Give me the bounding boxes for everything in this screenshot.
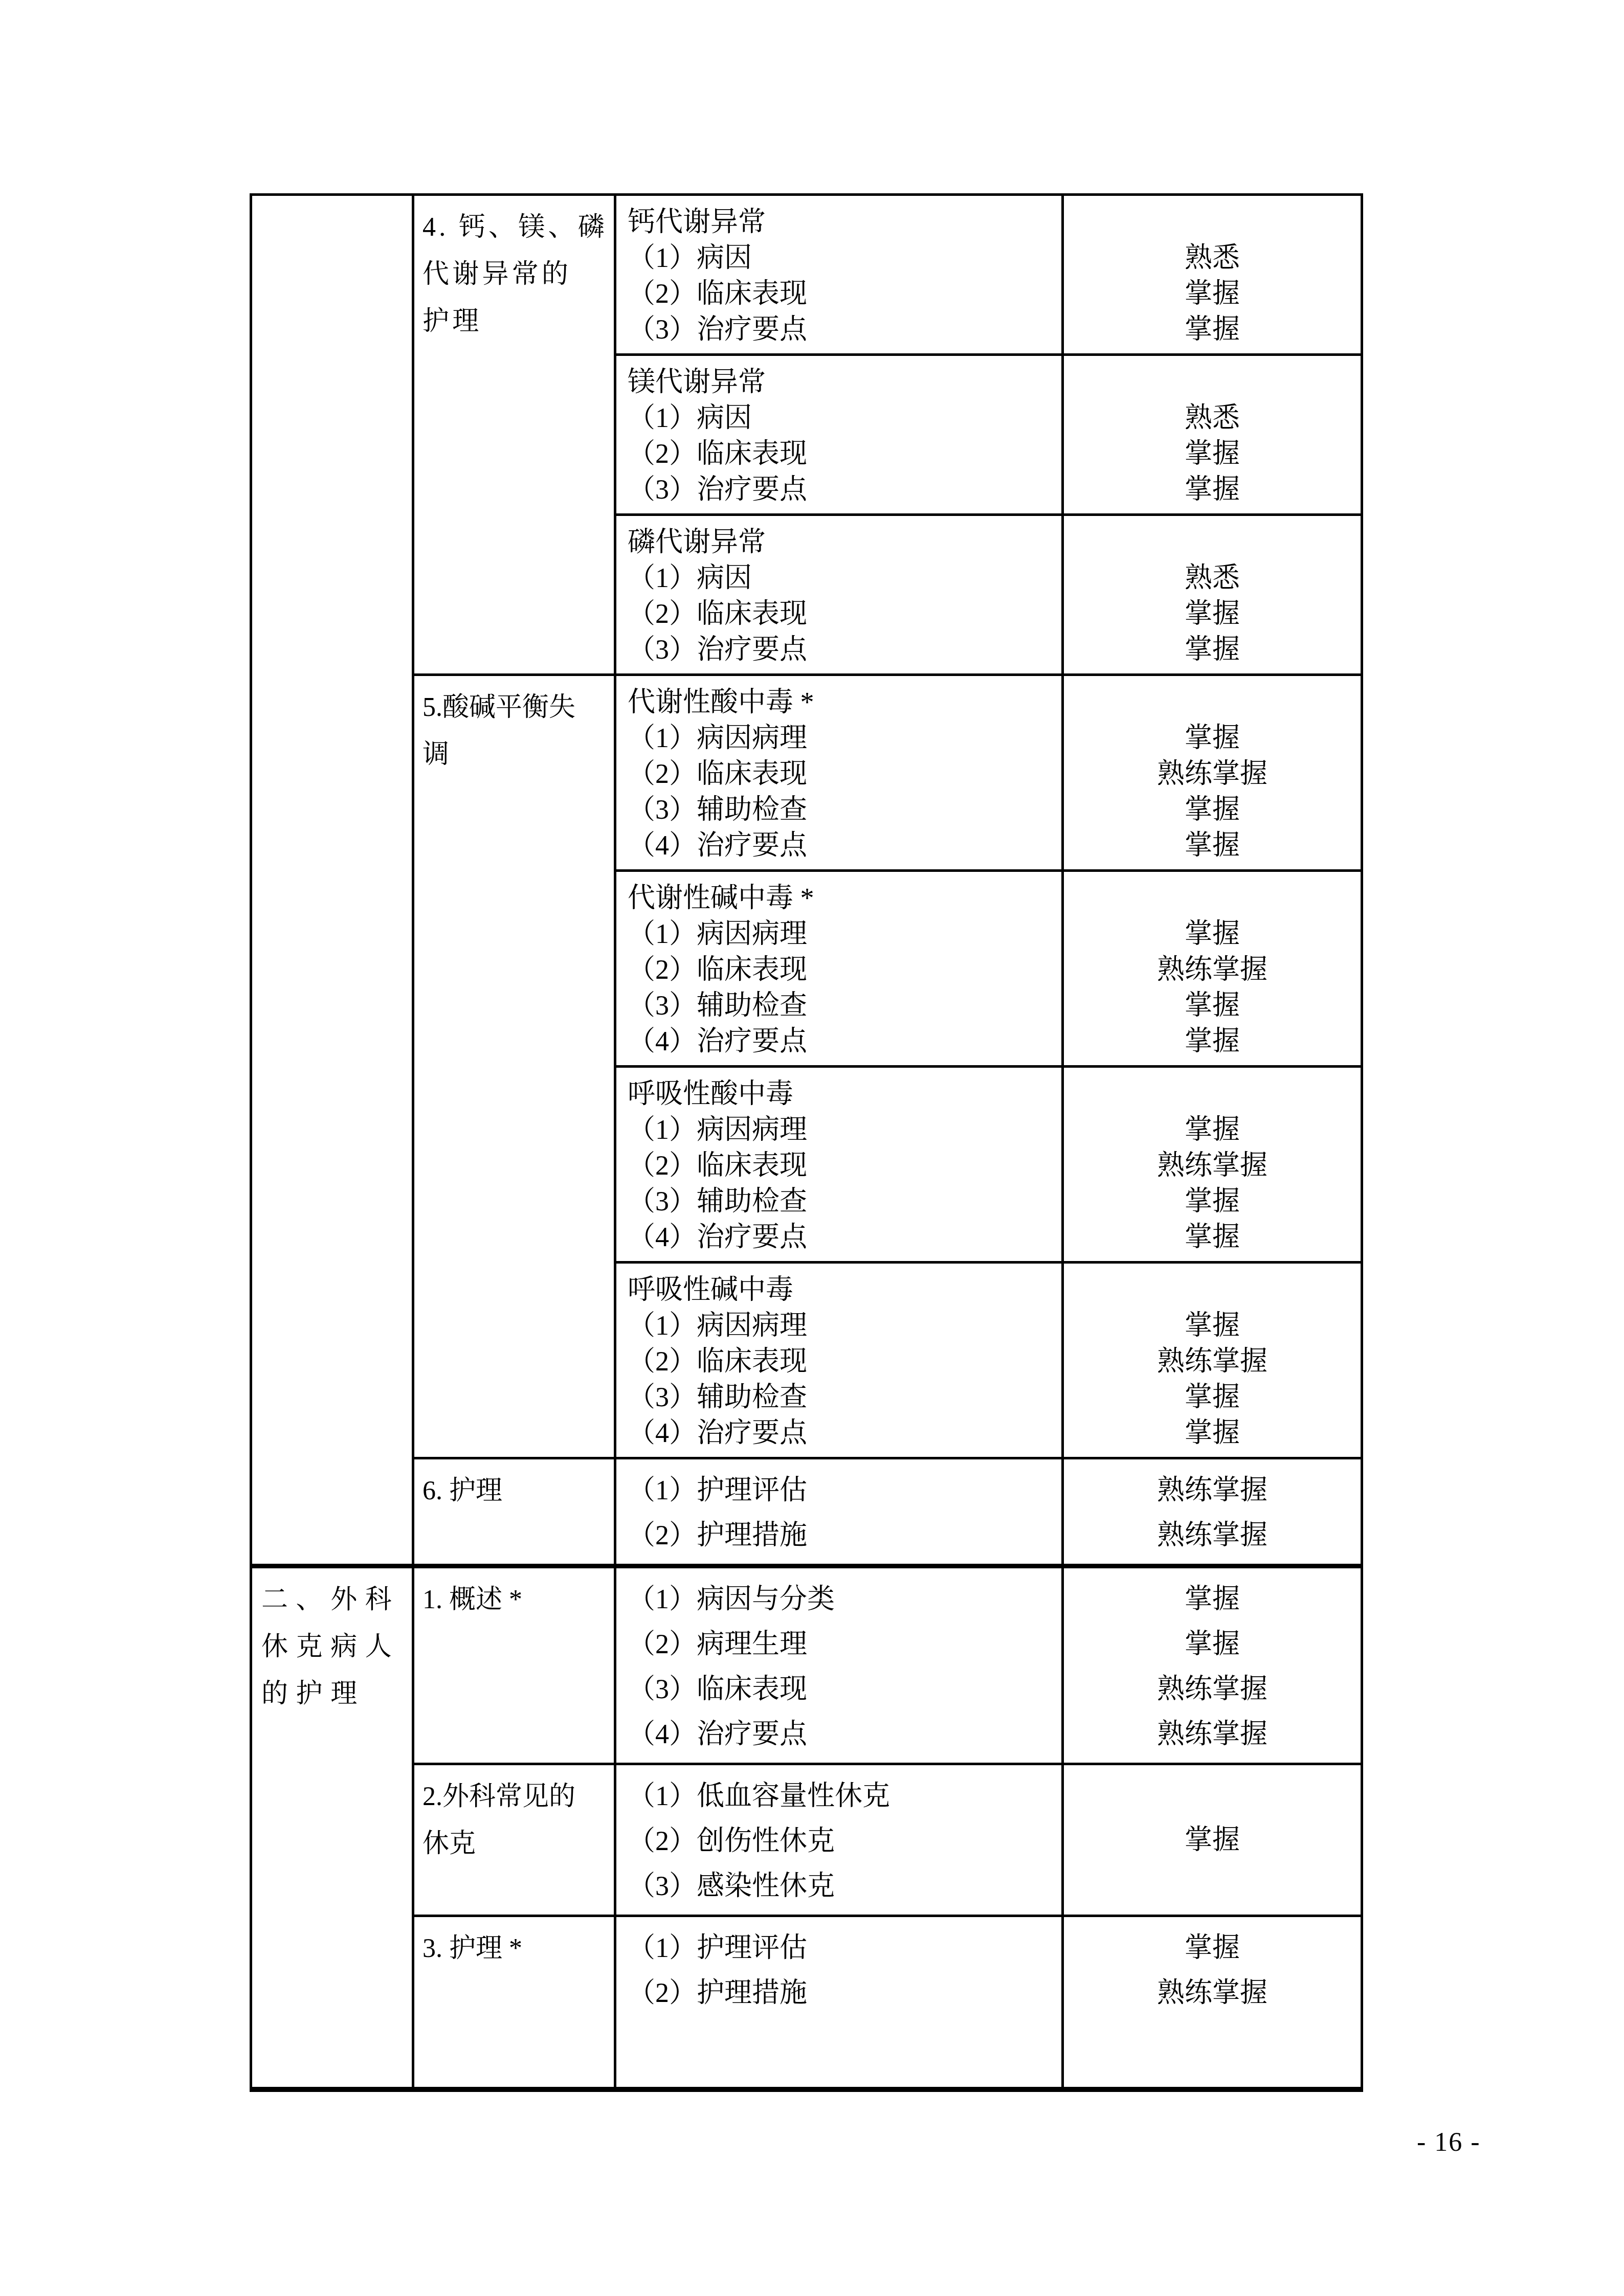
- syllabus-table: 4. 钙、镁、磷 代谢异常的 护理钙代谢异常（1）病因（2）临床表现（3）治疗要…: [250, 193, 1363, 2092]
- mastery-cell: 掌握掌握熟练掌握熟练掌握: [1063, 1566, 1362, 1764]
- document-page: 4. 钙、镁、磷 代谢异常的 护理钙代谢异常（1）病因（2）临床表现（3）治疗要…: [0, 0, 1624, 2296]
- block-heading: 磷代谢异常: [628, 524, 1057, 560]
- mastery-cell: 熟悉掌握掌握: [1063, 195, 1362, 355]
- page-number: - 16 -: [1417, 2127, 1481, 2157]
- mastery-level: 熟练掌握: [1067, 1667, 1358, 1712]
- item-text: （2）病理生理: [628, 1622, 1057, 1667]
- mastery-level: 掌握: [1067, 987, 1358, 1023]
- mastery-level: 掌握: [1067, 1219, 1358, 1255]
- item-text: （1）病因病理: [628, 916, 1057, 952]
- chapter-label: 二、外科 休克病人 的护理: [261, 1577, 408, 1718]
- item-text: （3）辅助检查: [628, 792, 1057, 827]
- mastery-level: 熟练掌握: [1067, 952, 1358, 987]
- item-text: （3）治疗要点: [628, 632, 1057, 667]
- item-text: （2）临床表现: [628, 276, 1057, 311]
- mastery-level: 熟练掌握: [1067, 1712, 1358, 1757]
- section-cell: 5.酸碱平衡失 调: [413, 675, 615, 1458]
- mastery-cell: 掌握熟练掌握: [1063, 1916, 1362, 2090]
- item-text: （2）创伤性休克: [628, 1818, 1057, 1863]
- table-row: 4. 钙、镁、磷 代谢异常的 护理钙代谢异常（1）病因（2）临床表现（3）治疗要…: [251, 195, 1362, 355]
- block-heading: 呼吸性碱中毒: [628, 1272, 1057, 1308]
- mastery-level: 掌握: [1067, 436, 1358, 471]
- item-text: （3）治疗要点: [628, 471, 1057, 507]
- item-text: （1）病因: [628, 240, 1057, 276]
- section-label: 6. 护理: [422, 1468, 611, 1515]
- items-cell: 呼吸性碱中毒（1）病因病理（2）临床表现（3）辅助检查（4）治疗要点: [615, 1263, 1063, 1458]
- items-cell: 代谢性酸中毒 *（1）病因病理（2）临床表现（3）辅助检查（4）治疗要点: [615, 675, 1063, 871]
- item-text: （3）临床表现: [628, 1667, 1057, 1712]
- mastery-level: 掌握: [1067, 1183, 1358, 1219]
- item-text: （2）护理措施: [628, 1513, 1057, 1558]
- spacer: [1067, 364, 1358, 400]
- mastery-level: 熟练掌握: [1067, 1343, 1358, 1379]
- mastery-level: 掌握: [1067, 1308, 1358, 1343]
- mastery-cell: 掌握熟练掌握掌握掌握: [1063, 1263, 1362, 1458]
- mastery-level: 熟练掌握: [1067, 756, 1358, 792]
- mastery-level: 掌握: [1067, 1023, 1358, 1059]
- item-text: （3）辅助检查: [628, 1379, 1057, 1415]
- mastery-cell: 掌握熟练掌握掌握掌握: [1063, 1067, 1362, 1263]
- section-cell: 2.外科常见的 休克: [413, 1764, 615, 1916]
- item-text: （1）病因病理: [628, 1308, 1057, 1343]
- mastery-level: 掌握: [1067, 1112, 1358, 1147]
- item-text: （4）治疗要点: [628, 1023, 1057, 1059]
- spacer: [1067, 524, 1358, 560]
- section-label: 5.酸碱平衡失 调: [422, 684, 611, 778]
- mastery-level: 掌握: [1067, 1925, 1358, 1970]
- item-text: （3）辅助检查: [628, 987, 1057, 1023]
- table-row: 二、外科 休克病人 的护理1. 概述 *（1）病因与分类（2）病理生理（3）临床…: [251, 1566, 1362, 1764]
- item-text: （2）临床表现: [628, 756, 1057, 792]
- mastery-level: 掌握: [1067, 1415, 1358, 1451]
- mastery-level: 掌握: [1067, 916, 1358, 952]
- item-text: （3）辅助检查: [628, 1183, 1057, 1219]
- mastery-level: 掌握: [1067, 311, 1358, 347]
- mastery-level: 掌握: [1067, 632, 1358, 667]
- block-heading: 代谢性碱中毒 *: [628, 880, 1057, 916]
- mastery-level: 熟练掌握: [1067, 1147, 1358, 1183]
- mastery-level: 熟悉: [1067, 400, 1358, 436]
- mastery-level: 掌握: [1067, 1622, 1358, 1667]
- section-cell: 1. 概述 *: [413, 1566, 615, 1764]
- item-text: （2）临床表现: [628, 952, 1057, 987]
- mastery-level: 掌握: [1067, 596, 1358, 632]
- item-text: （4）治疗要点: [628, 827, 1057, 863]
- mastery-level: 掌握: [1067, 827, 1358, 863]
- section-label: 1. 概述 *: [422, 1577, 611, 1624]
- spacer: [1067, 1272, 1358, 1308]
- section-cell: 3. 护理 *: [413, 1916, 615, 2090]
- table-row: 5.酸碱平衡失 调代谢性酸中毒 *（1）病因病理（2）临床表现（3）辅助检查（4…: [251, 675, 1362, 871]
- items-cell: （1）护理评估（2）护理措施: [615, 1916, 1063, 2090]
- item-text: （1）护理评估: [628, 1925, 1057, 1970]
- section-label: 2.外科常见的 休克: [422, 1773, 611, 1867]
- block-heading: 代谢性酸中毒 *: [628, 684, 1057, 720]
- mastery-cell: 熟悉掌握掌握: [1063, 515, 1362, 675]
- mastery-cell: 掌握: [1063, 1764, 1362, 1916]
- mastery-level: 掌握: [1067, 720, 1358, 756]
- item-text: （1）病因病理: [628, 1112, 1057, 1147]
- mastery-level: 掌握: [1067, 1379, 1358, 1415]
- item-text: （4）治疗要点: [628, 1712, 1057, 1757]
- mastery-level: 掌握: [1067, 1577, 1358, 1622]
- item-text: （2）临床表现: [628, 1147, 1057, 1183]
- table-row: 3. 护理 *（1）护理评估（2）护理措施掌握熟练掌握: [251, 1916, 1362, 2090]
- chapter-cell: [251, 195, 413, 1566]
- spacer: [1067, 684, 1358, 720]
- table-row: 6. 护理（1）护理评估（2）护理措施熟练掌握熟练掌握: [251, 1458, 1362, 1566]
- mastery-level: 熟悉: [1067, 240, 1358, 276]
- items-cell: （1）病因与分类（2）病理生理（3）临床表现（4）治疗要点: [615, 1566, 1063, 1764]
- item-text: （1）低血容量性休克: [628, 1773, 1057, 1818]
- item-text: （2）临床表现: [628, 596, 1057, 632]
- items-cell: 代谢性碱中毒 *（1）病因病理（2）临床表现（3）辅助检查（4）治疗要点: [615, 871, 1063, 1067]
- item-text: （2）临床表现: [628, 436, 1057, 471]
- mastery-cell: 熟练掌握熟练掌握: [1063, 1458, 1362, 1566]
- mastery-level: 掌握: [1067, 276, 1358, 311]
- block-heading: 呼吸性酸中毒: [628, 1076, 1057, 1112]
- section-cell: 6. 护理: [413, 1458, 615, 1566]
- items-cell: （1）护理评估（2）护理措施: [615, 1458, 1063, 1566]
- spacer: [1067, 204, 1358, 240]
- item-text: （4）治疗要点: [628, 1415, 1057, 1451]
- items-cell: 磷代谢异常（1）病因（2）临床表现（3）治疗要点: [615, 515, 1063, 675]
- items-cell: 钙代谢异常（1）病因（2）临床表现（3）治疗要点: [615, 195, 1063, 355]
- items-cell: 呼吸性酸中毒（1）病因病理（2）临床表现（3）辅助检查（4）治疗要点: [615, 1067, 1063, 1263]
- spacer: [1067, 1076, 1358, 1112]
- mastery-level: 熟练掌握: [1067, 1513, 1358, 1558]
- mastery-level: 掌握: [1067, 1817, 1358, 1862]
- mastery-level: 熟悉: [1067, 560, 1358, 596]
- mastery-level: 熟练掌握: [1067, 1468, 1358, 1513]
- item-text: （3）治疗要点: [628, 311, 1057, 347]
- block-heading: 钙代谢异常: [628, 204, 1057, 240]
- item-text: （1）病因: [628, 400, 1057, 436]
- mastery-cell: 掌握熟练掌握掌握掌握: [1063, 871, 1362, 1067]
- mastery-level: 掌握: [1067, 792, 1358, 827]
- item-text: （2）护理措施: [628, 1970, 1057, 2015]
- mastery-cell: 掌握熟练掌握掌握掌握: [1063, 675, 1362, 871]
- mastery-level: 掌握: [1067, 471, 1358, 507]
- block-heading: 镁代谢异常: [628, 364, 1057, 400]
- mastery-cell: 熟悉掌握掌握: [1063, 355, 1362, 515]
- item-text: （3）感染性休克: [628, 1863, 1057, 1908]
- section-label: 3. 护理 *: [422, 1925, 611, 1972]
- items-cell: （1）低血容量性休克（2）创伤性休克（3）感染性休克: [615, 1764, 1063, 1916]
- section-label: 4. 钙、镁、磷 代谢异常的 护理: [422, 204, 611, 345]
- item-text: （2）临床表现: [628, 1343, 1057, 1379]
- section-cell: 4. 钙、镁、磷 代谢异常的 护理: [413, 195, 615, 675]
- item-text: （1）病因与分类: [628, 1577, 1057, 1622]
- items-cell: 镁代谢异常（1）病因（2）临床表现（3）治疗要点: [615, 355, 1063, 515]
- item-text: （1）病因: [628, 560, 1057, 596]
- item-text: （1）病因病理: [628, 720, 1057, 756]
- table-row: 2.外科常见的 休克（1）低血容量性休克（2）创伤性休克（3）感染性休克掌握: [251, 1764, 1362, 1916]
- chapter-cell: 二、外科 休克病人 的护理: [251, 1566, 413, 2090]
- item-text: （1）护理评估: [628, 1468, 1057, 1513]
- mastery-level: 熟练掌握: [1067, 1970, 1358, 2015]
- item-text: （4）治疗要点: [628, 1219, 1057, 1255]
- spacer: [1067, 880, 1358, 916]
